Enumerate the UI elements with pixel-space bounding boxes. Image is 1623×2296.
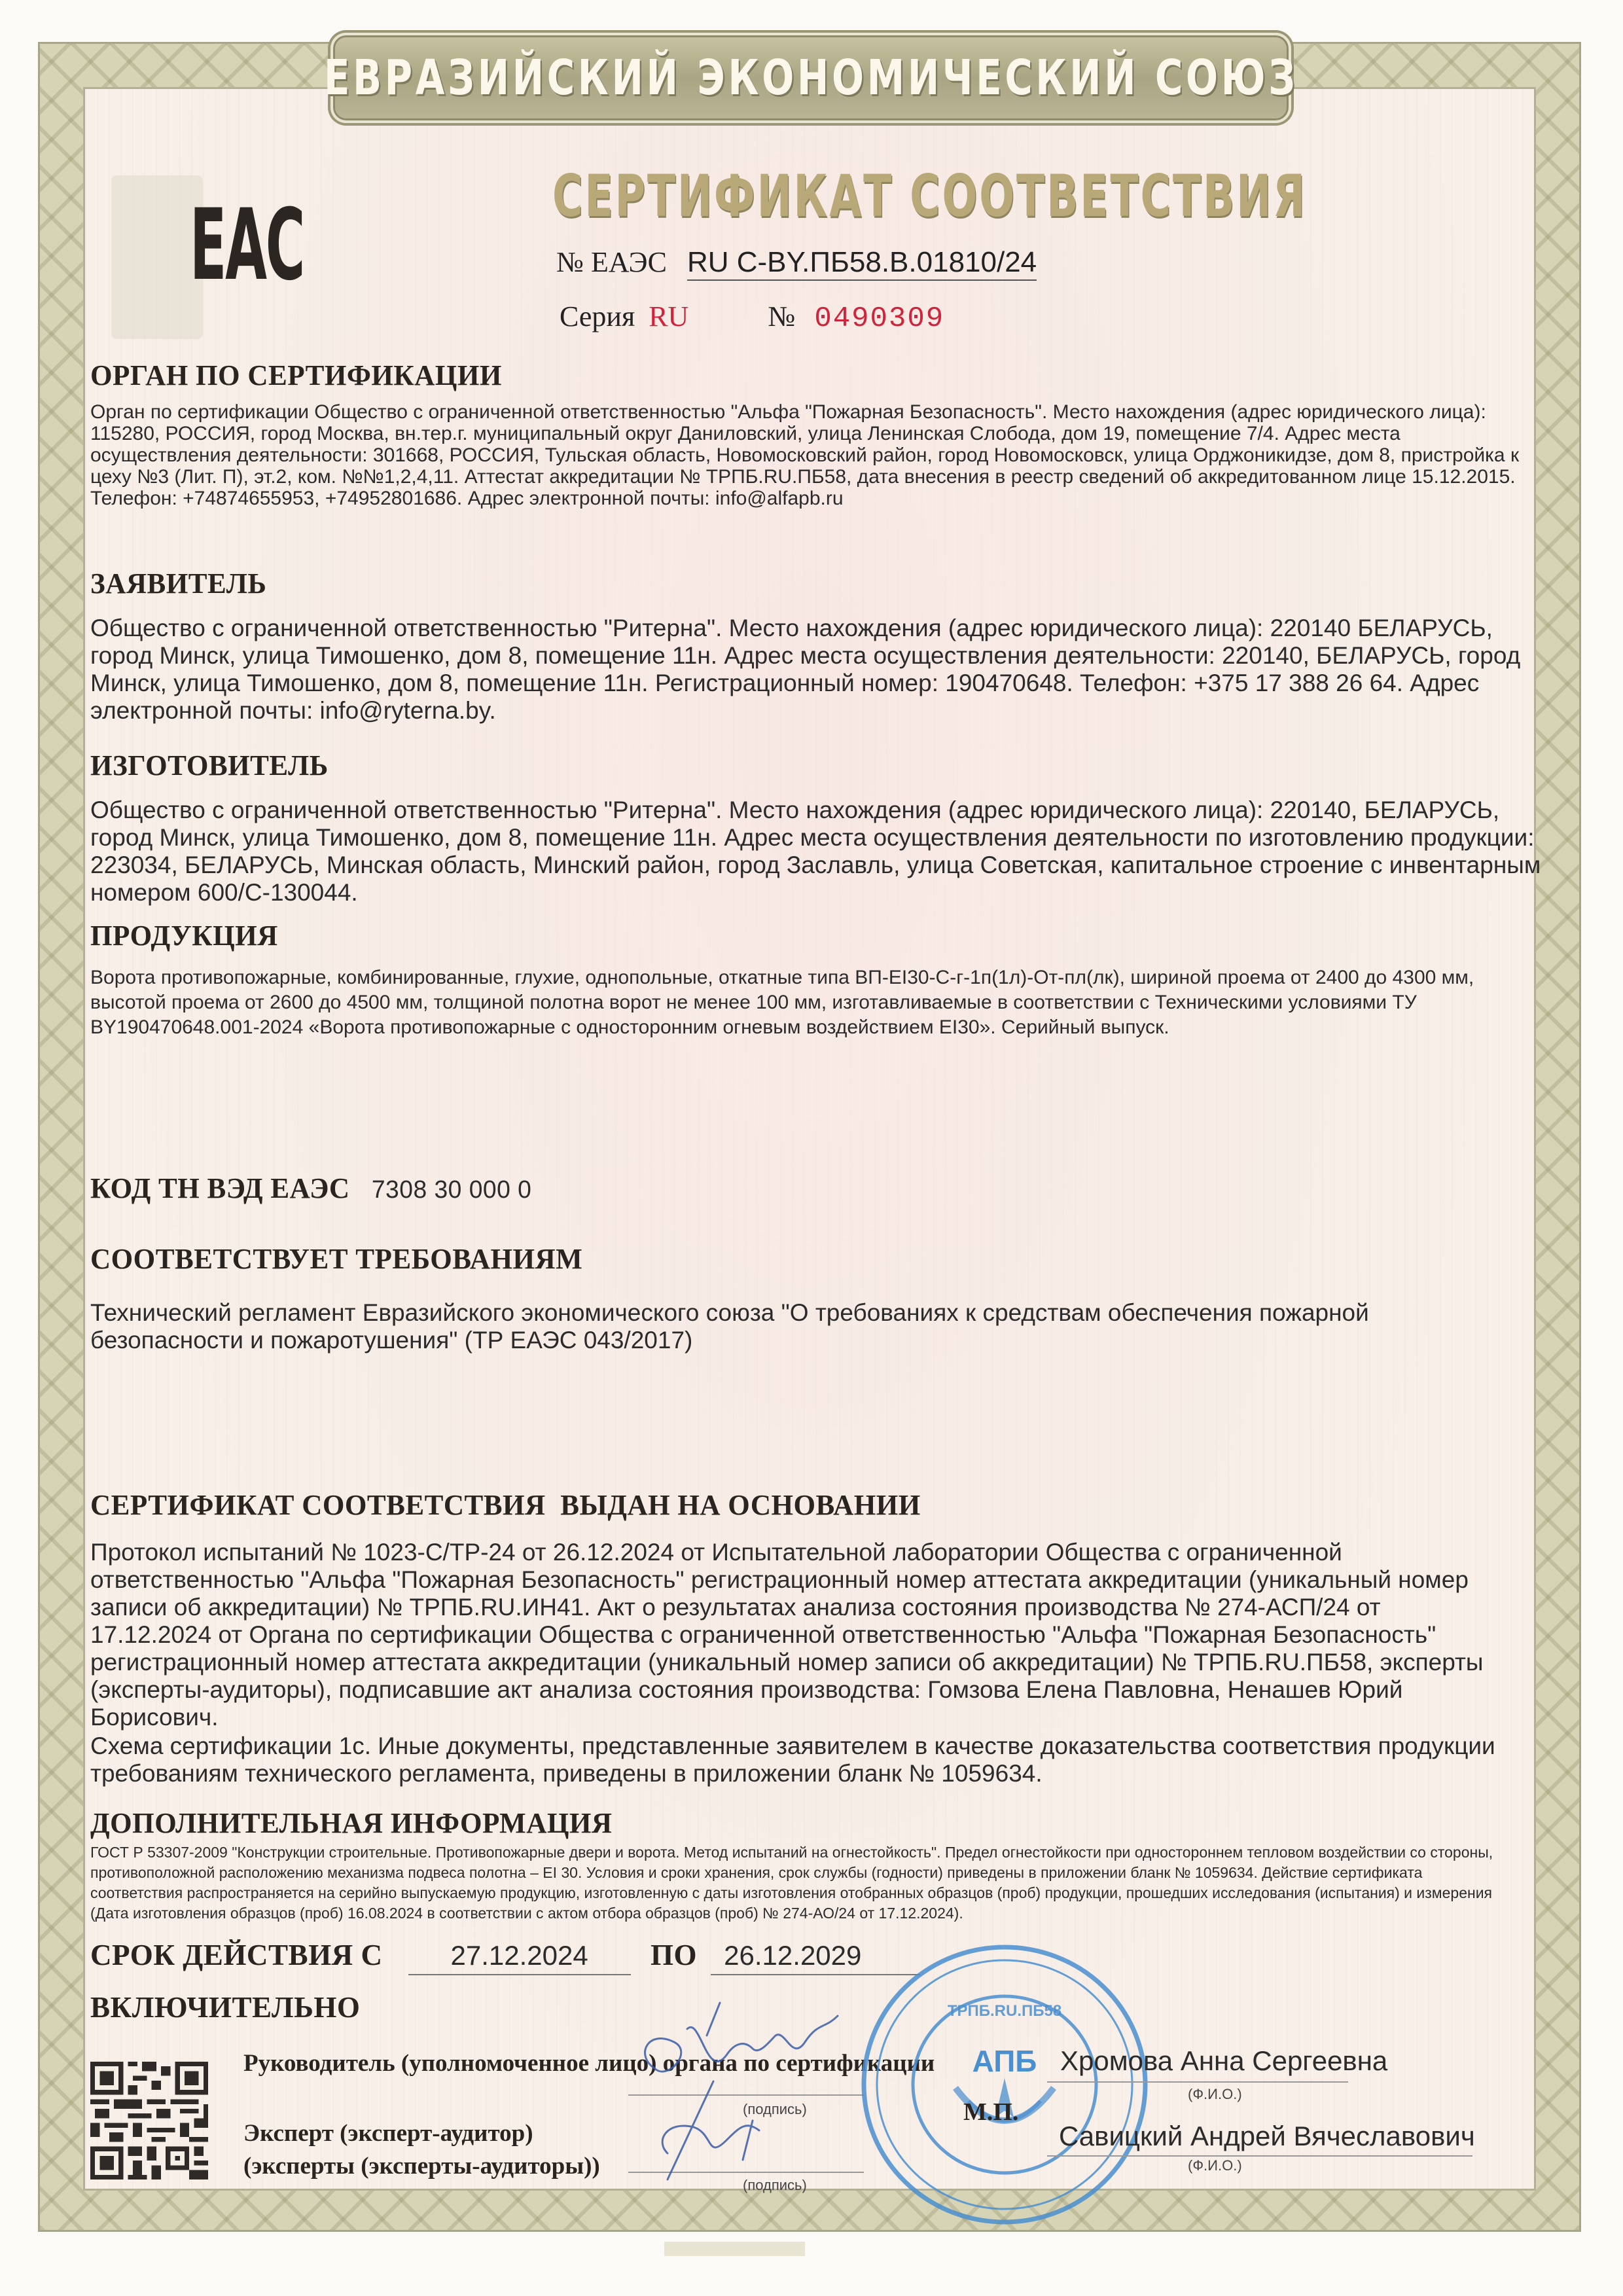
basis-text: Протокол испытаний № 1023-С/ТР-24 от 26.… — [90, 1539, 1504, 1731]
stamp-ring-text: ТРПБ.RU.ПБ58 — [948, 2002, 1061, 2020]
hs-code-row: КОД ТН ВЭД ЕАЭС7308 30 000 0 — [90, 1172, 1514, 1205]
registration-label: № ЕАЭС — [556, 246, 667, 278]
validity-to-label: ПО — [651, 1937, 697, 1972]
series-value: RU — [649, 300, 688, 332]
hs-code-section: КОД ТН ВЭД ЕАЭС7308 30 000 0 — [90, 1172, 1543, 1205]
certification-scheme-text: Схема сертификации 1с. Иные документы, п… — [90, 1732, 1504, 1787]
validity-from-label: СРОК ДЕЙСТВИЯ С — [90, 1937, 382, 1972]
conformity-heading: СООТВЕТСТВУЕТ ТРЕБОВАНИЯМ — [90, 1242, 1514, 1276]
union-banner-text: ЕВРАЗИЙСКИЙ ЭКОНОМИЧЕСКИЙ СОЮЗ — [324, 50, 1298, 106]
signature-scribble-icon — [628, 1990, 903, 2186]
blank-number: 0490309 — [814, 302, 944, 335]
manufacturer-section: ИЗГОТОВИТЕЛЬ Общество с ограниченной отв… — [90, 749, 1543, 906]
hs-code-heading: КОД ТН ВЭД ЕАЭС — [90, 1172, 350, 1204]
additional-info-section: ДОПОЛНИТЕЛЬНАЯ ИНФОРМАЦИЯ ГОСТ Р 53307-2… — [90, 1806, 1543, 1924]
registration-number: RU C-BY.ПБ58.В.01810/24 — [687, 246, 1037, 281]
expert-name-caption: (Ф.И.О.) — [1188, 2157, 1242, 2174]
certification-body-section: ОРГАН ПО СЕРТИФИКАЦИИ Орган по сертифика… — [90, 359, 1543, 509]
manufacturer-text: Общество с ограниченной ответственностью… — [90, 797, 1543, 906]
additional-info-heading: ДОПОЛНИТЕЛЬНАЯ ИНФОРМАЦИЯ — [90, 1806, 1514, 1840]
seal-label: М.П. — [963, 2098, 1018, 2126]
basis-section: СЕРТИФИКАТ СООТВЕТСТВИЯ ВЫДАН НА ОСНОВАН… — [90, 1488, 1543, 1787]
applicant-heading: ЗАЯВИТЕЛЬ — [90, 567, 1514, 600]
certification-body-text: Орган по сертификации Общество с огранич… — [90, 401, 1543, 509]
blank-number-label: № — [768, 300, 795, 332]
hs-code-value: 7308 30 000 0 — [372, 1176, 532, 1204]
print-imprint-strip — [664, 2242, 805, 2256]
product-section: ПРОДУКЦИЯ Ворота противопожарные, комбин… — [90, 919, 1543, 1040]
expert-name: Савицкий Андрей Вячеславович — [1059, 2121, 1475, 2152]
basis-heading: СЕРТИФИКАТ СООТВЕТСТВИЯ ВЫДАН НА ОСНОВАН… — [90, 1488, 1514, 1522]
series-row: Серия RU № 0490309 — [560, 300, 944, 335]
qr-code-icon[interactable] — [90, 2062, 208, 2179]
validity-from-date: 27.12.2024 — [408, 1940, 631, 1975]
eac-logo-icon: EAC — [190, 196, 304, 295]
union-banner: ЕВРАЗИЙСКИЙ ЭКОНОМИЧЕСКИЙ СОЮЗ — [330, 33, 1291, 123]
registration-number-row: № ЕАЭС RU C-BY.ПБ58.В.01810/24 — [556, 245, 1037, 279]
series-label: Серия — [560, 300, 635, 332]
certification-body-heading: ОРГАН ПО СЕРТИФИКАЦИИ — [90, 359, 1514, 392]
product-text: Ворота противопожарные, комбинированные,… — [90, 965, 1543, 1040]
manufacturer-heading: ИЗГОТОВИТЕЛЬ — [90, 749, 1514, 782]
expert-name-line — [1047, 2155, 1472, 2157]
eac-mark-backdrop — [111, 175, 203, 339]
head-name-caption: (Ф.И.О.) — [1188, 2086, 1242, 2103]
head-signatory-name: Хромова Анна Сергеевна — [1060, 2045, 1387, 2077]
expert-signatory-label: Эксперт (эксперт-аудитор) (эксперты (экс… — [243, 2117, 649, 2183]
stamp-center-text: АПБ — [972, 2044, 1037, 2078]
applicant-text: Общество с ограниченной ответственностью… — [90, 615, 1543, 725]
document-title: СЕРТИФИКАТ СООТВЕТСТВИЯ — [552, 162, 1071, 230]
product-heading: ПРОДУКЦИЯ — [90, 919, 1514, 952]
conformity-text: Технический регламент Евразийского эконо… — [90, 1299, 1452, 1354]
applicant-section: ЗАЯВИТЕЛЬ Общество с ограниченной ответс… — [90, 567, 1543, 725]
conformity-section: СООТВЕТСТВУЕТ ТРЕБОВАНИЯМ Технический ре… — [90, 1242, 1543, 1354]
additional-info-text: ГОСТ Р 53307-2009 "Конструкции строитель… — [90, 1842, 1510, 1924]
head-name-line — [1047, 2081, 1348, 2083]
